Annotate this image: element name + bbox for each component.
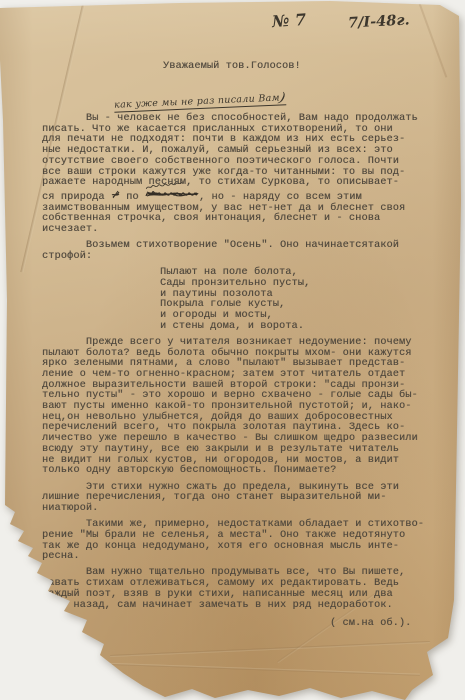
paragraph-4: Эти стихи нужно сжать до предела, выкину…	[42, 483, 447, 515]
paragraph-1: Вы - человек не без способностей, Вам на…	[42, 114, 447, 236]
paragraph-1-text: Вы - человек не без способностей, Вам на…	[42, 113, 418, 203]
crease-line	[110, 641, 430, 657]
header-number: № 7	[271, 10, 306, 31]
handwritten-insert: как уже мы не раз писали Вам)	[114, 88, 286, 112]
see-overleaf-note: ( см.на об.).	[330, 619, 447, 630]
crease-line	[90, 662, 420, 676]
paper-shadow: № 7 7/I-48г. Уважаемый тов.Голосов! как …	[0, 0, 465, 700]
paragraph-5: Такими же, примерно, недостатками облада…	[42, 520, 447, 563]
strikethrough-scribble-large	[145, 189, 199, 199]
poem-osen: Пылают на поле болота, Сады пронзительно…	[160, 268, 447, 332]
paragraph-2: Возьмем стихотворение "Осень". Оно начин…	[42, 241, 447, 262]
paragraph-6: Вам нужно тщательно продумывать все, что…	[42, 568, 447, 611]
header-date: 7/I-48г.	[348, 11, 410, 31]
paragraph-1-text: по	[120, 192, 145, 203]
strikethrough-scribble-small	[111, 190, 120, 199]
letter-paper: № 7 7/I-48г. Уважаемый тов.Голосов! как …	[0, 0, 465, 700]
paragraph-3: Прежде всего у читателя возникает недоум…	[42, 338, 447, 477]
letter-body: как уже мы не раз писали Вам) Вы - челов…	[42, 92, 447, 630]
crease-line	[415, 0, 448, 78]
salutation: Уважаемый тов.Голосов!	[163, 62, 301, 73]
handwritten-insert-text: как уже мы не раз писали Вам	[114, 93, 280, 111]
scan-background: № 7 7/I-48г. Уважаемый тов.Голосов! как …	[0, 0, 465, 700]
